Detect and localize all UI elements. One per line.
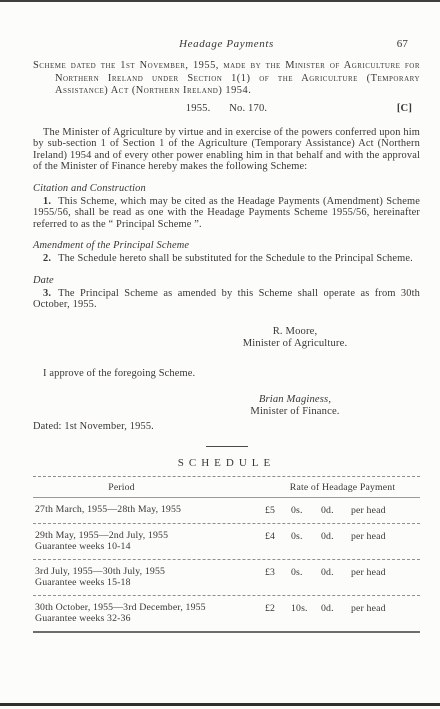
- period-text: 30th October, 1955—3rd December, 1955: [35, 602, 265, 613]
- section-paragraph: 1.This Scheme, which may be cited as the…: [33, 196, 420, 231]
- rate-cell: £4 0s. 0d. per head: [265, 530, 420, 552]
- period-cell: 27th March, 1955—28th May, 1955: [33, 504, 265, 516]
- rate-shillings: 0s.: [291, 531, 321, 542]
- rate-unit: per head: [351, 567, 420, 578]
- section-paragraph: 2.The Schedule hereto shall be substitut…: [33, 253, 420, 265]
- rate-cell: £5 0s. 0d. per head: [265, 504, 420, 516]
- scanned-document-page: Headage Payments 67 Scheme dated the 1st…: [0, 0, 440, 709]
- rate-pounds: £4: [265, 531, 291, 542]
- signatory-name: R. Moore,: [180, 326, 410, 339]
- signatory-name: Brian Maginess,: [180, 394, 410, 407]
- separator-rule: [206, 446, 248, 447]
- scan-edge-bottom: [0, 703, 440, 706]
- table-row: 29th May, 1955—2nd July, 1955 Guarantee …: [33, 524, 420, 560]
- rate-pence: 0d.: [321, 505, 351, 516]
- period-cell: 3rd July, 1955—30th July, 1955 Guarantee…: [33, 566, 265, 588]
- guarantee-weeks-text: Guarantee weeks 10-14: [35, 541, 265, 552]
- table-row: 27th March, 1955—28th May, 1955 £5 0s. 0…: [33, 498, 420, 524]
- dated-line: Dated: 1st November, 1955.: [33, 421, 420, 432]
- period-cell: 30th October, 1955—3rd December, 1955 Gu…: [33, 602, 265, 624]
- rate-unit: per head: [351, 505, 420, 516]
- section-heading: Citation and Construction: [33, 183, 420, 195]
- rate-pence: 0d.: [321, 531, 351, 542]
- signatory-title: Minister of Finance.: [250, 406, 339, 417]
- classification-mark: [C]: [397, 103, 412, 114]
- schedule-table: Period Rate of Headage Payment 27th Marc…: [33, 476, 420, 633]
- running-title: Headage Payments: [179, 38, 274, 50]
- guarantee-weeks-text: Guarantee weeks 15-18: [35, 577, 265, 588]
- section-amendment: Amendment of the Principal Scheme 2.The …: [33, 240, 420, 265]
- rate-pence: 0d.: [321, 603, 351, 614]
- period-cell: 29th May, 1955—2nd July, 1955 Guarantee …: [33, 530, 265, 552]
- paragraph-number: 3.: [43, 288, 51, 299]
- signatory-title: Minister of Agriculture.: [243, 338, 348, 349]
- rate-shillings: 0s.: [291, 567, 321, 578]
- section-heading: Date: [33, 275, 420, 287]
- paragraph-text: This Scheme, which may be cited as the H…: [33, 196, 420, 230]
- period-text: 27th March, 1955—28th May, 1955: [35, 504, 265, 515]
- paragraph-number: 2.: [43, 253, 51, 264]
- guarantee-weeks-text: Guarantee weeks 32-36: [35, 613, 265, 624]
- paragraph-text: The Principal Scheme as amended by this …: [33, 288, 420, 311]
- preamble-paragraph: The Minister of Agriculture by virtue an…: [33, 127, 420, 173]
- instrument-number-line: 1955. No. 170. [C]: [33, 103, 420, 114]
- rate-unit: per head: [351, 603, 420, 614]
- instrument-number: No. 170.: [229, 103, 267, 114]
- rate-shillings: 10s.: [291, 603, 321, 614]
- schedule-heading: SCHEDULE: [33, 457, 420, 469]
- approval-line: I approve of the foregoing Scheme.: [33, 368, 420, 379]
- rate-shillings: 0s.: [291, 505, 321, 516]
- rate-pounds: £2: [265, 603, 291, 614]
- table-row: 3rd July, 1955—30th July, 1955 Guarantee…: [33, 560, 420, 596]
- paragraph-number: 1.: [43, 196, 51, 207]
- column-header-period: Period: [33, 482, 265, 493]
- running-header: Headage Payments 67: [33, 38, 420, 52]
- table-row: 30th October, 1955—3rd December, 1955 Gu…: [33, 596, 420, 633]
- section-citation: Citation and Construction 1.This Scheme,…: [33, 183, 420, 231]
- section-date: Date 3.The Principal Scheme as amended b…: [33, 275, 420, 311]
- table-header-row: Period Rate of Headage Payment: [33, 476, 420, 498]
- section-paragraph: 3.The Principal Scheme as amended by thi…: [33, 288, 420, 311]
- column-header-rate: Rate of Headage Payment: [265, 482, 420, 493]
- rate-cell: £2 10s. 0d. per head: [265, 602, 420, 624]
- signature-agriculture: R. Moore, Minister of Agriculture.: [180, 326, 410, 351]
- period-text: 29th May, 1955—2nd July, 1955: [35, 530, 265, 541]
- signature-finance: Brian Maginess, Minister of Finance.: [180, 394, 410, 419]
- document-title: Scheme dated the 1st November, 1955, mad…: [33, 60, 420, 98]
- rate-pounds: £3: [265, 567, 291, 578]
- section-heading: Amendment of the Principal Scheme: [33, 240, 420, 252]
- rate-unit: per head: [351, 531, 420, 542]
- paragraph-text: The Schedule hereto shall be substituted…: [58, 253, 413, 264]
- year-label: 1955.: [186, 103, 211, 114]
- page-content: Headage Payments 67 Scheme dated the 1st…: [0, 0, 440, 633]
- period-text: 3rd July, 1955—30th July, 1955: [35, 566, 265, 577]
- page-number: 67: [397, 38, 408, 50]
- rate-pounds: £5: [265, 505, 291, 516]
- rate-pence: 0d.: [321, 567, 351, 578]
- rate-cell: £3 0s. 0d. per head: [265, 566, 420, 588]
